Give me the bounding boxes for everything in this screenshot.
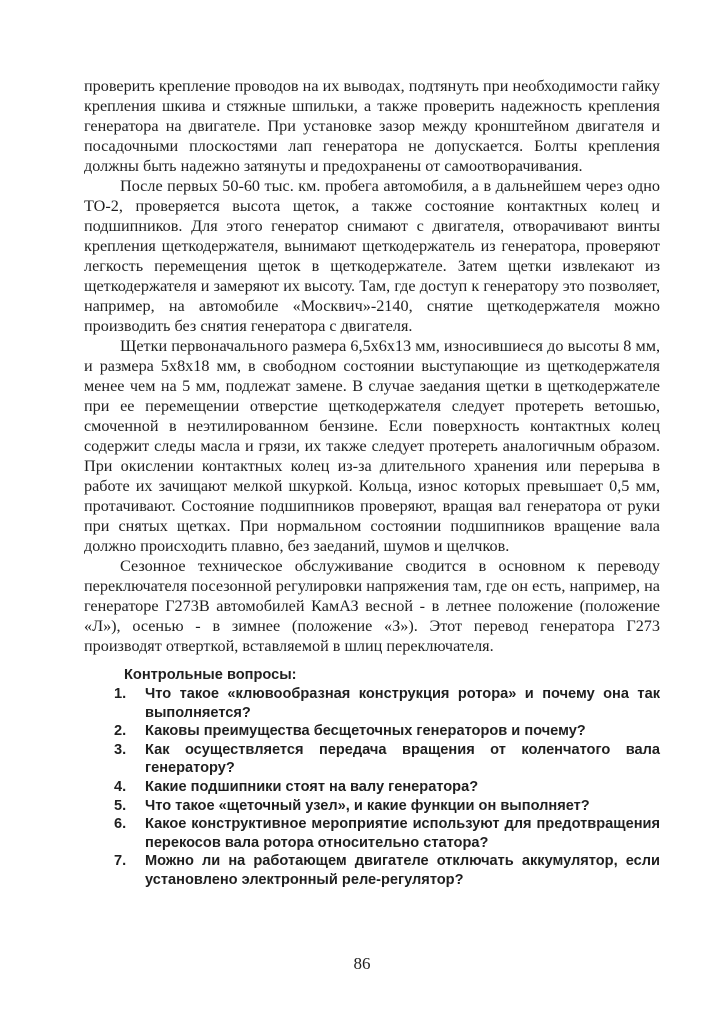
questions-section: Контрольные вопросы: Что такое «клювообр… xyxy=(84,666,660,890)
question-item: Что такое «клювообразная конструкция рот… xyxy=(145,685,660,722)
question-item: Можно ли на работающем двигателе отключа… xyxy=(145,852,660,889)
body-paragraph: После первых 50-60 тыс. км. пробега авто… xyxy=(84,176,660,336)
question-item: Каковы преимущества бесщеточных генерато… xyxy=(145,722,660,741)
question-item: Какие подшипники стоят на валу генератор… xyxy=(145,778,660,797)
page-number: 86 xyxy=(0,954,724,974)
body-paragraphs: проверить крепление проводов на их вывод… xyxy=(84,76,660,656)
body-paragraph: проверить крепление проводов на их вывод… xyxy=(84,76,660,176)
questions-heading: Контрольные вопросы: xyxy=(84,666,660,685)
text-block: проверить крепление проводов на их вывод… xyxy=(84,76,660,890)
body-paragraph: Щетки первоначального размера 6,5х6х13 м… xyxy=(84,336,660,556)
document-page: проверить крепление проводов на их вывод… xyxy=(0,0,724,1024)
body-paragraph: Сезонное техническое обслуживание сводит… xyxy=(84,556,660,656)
questions-list: Что такое «клювообразная конструкция рот… xyxy=(84,685,660,890)
question-item: Что такое «щеточный узел», и какие функц… xyxy=(145,797,660,816)
question-item: Какое конструктивное мероприятие использ… xyxy=(145,815,660,852)
question-item: Как осуществляется передача вращения от … xyxy=(145,741,660,778)
